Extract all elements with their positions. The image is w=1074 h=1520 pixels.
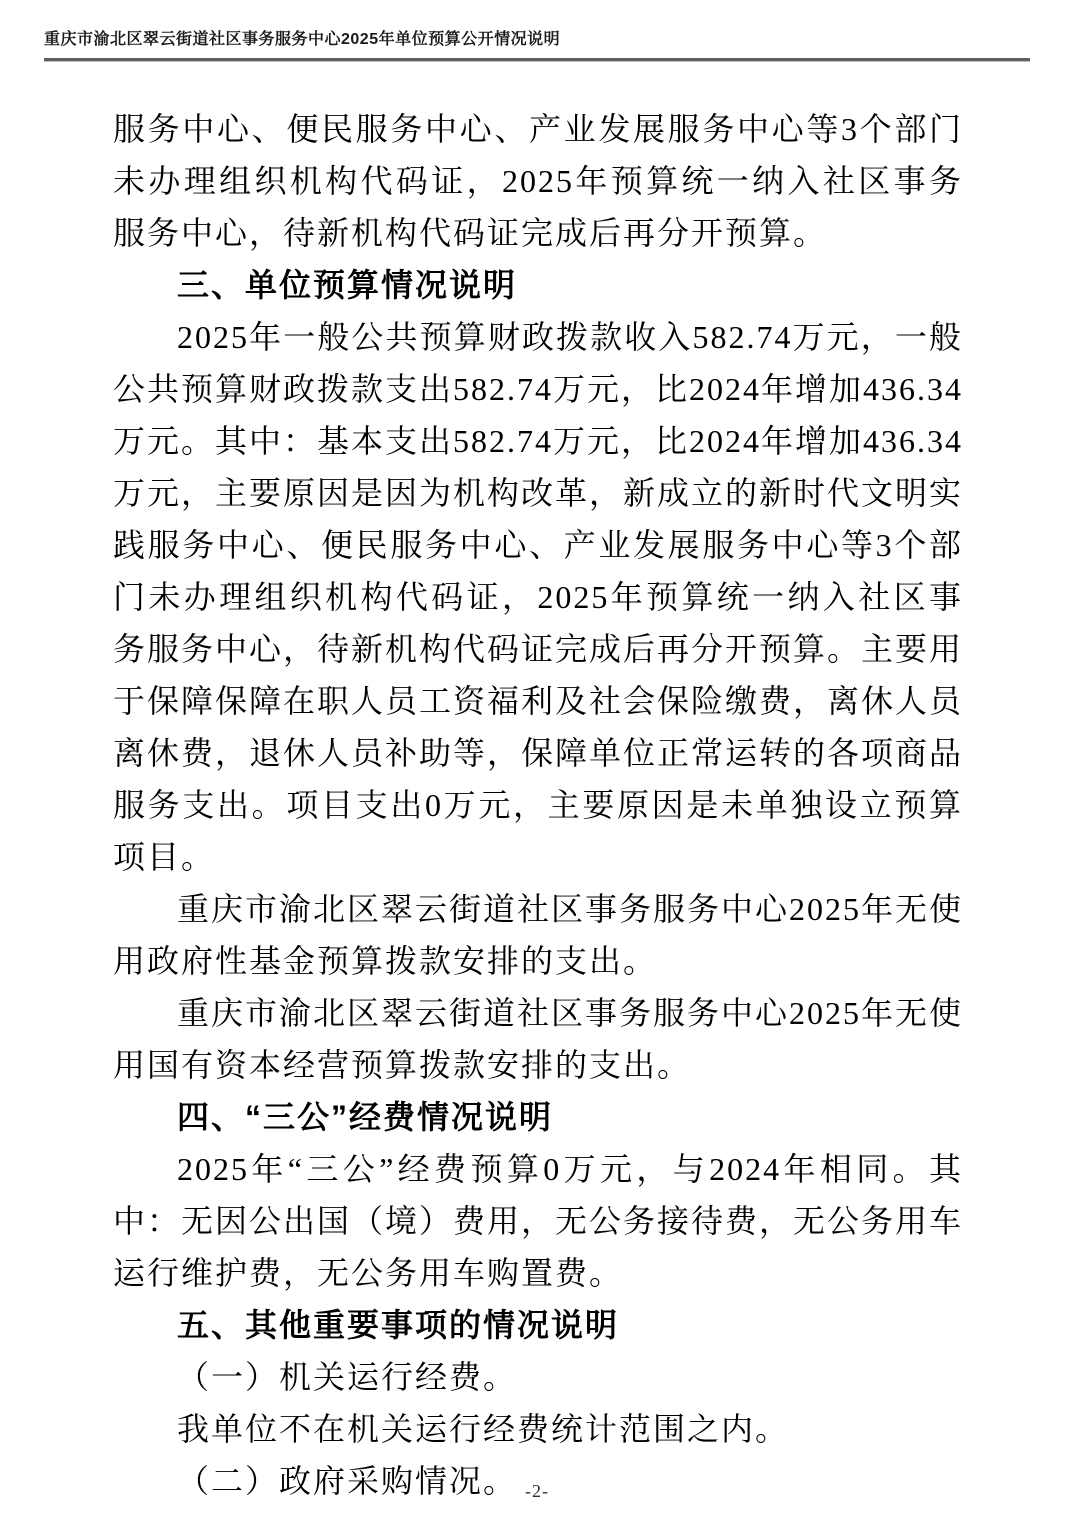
- page-footer: -2-: [0, 1481, 1074, 1502]
- paragraph-state-capital: 重庆市渝北区翠云街道社区事务服务中心2025年无使用国有资本经营预算拨款安排的支…: [113, 987, 963, 1091]
- paragraph-budget-details: 2025年一般公共预算财政拨款收入582.74万元，一般公共预算财政拨款支出58…: [113, 311, 963, 883]
- document-body: 服务中心、便民服务中心、产业发展服务中心等3个部门未办理组织机构代码证，2025…: [113, 103, 963, 1507]
- section-heading-three-public-expenses: 四、“三公”经费情况说明: [113, 1091, 963, 1143]
- section-heading-other-important-matters: 五、其他重要事项的情况说明: [113, 1299, 963, 1351]
- paragraph-government-fund: 重庆市渝北区翠云街道社区事务服务中心2025年无使用政府性基金预算拨款安排的支出…: [113, 883, 963, 987]
- document-page: 重庆市渝北区翠云街道社区事务服务中心2025年单位预算公开情况说明 服务中心、便…: [0, 0, 1074, 1520]
- header-title: 重庆市渝北区翠云街道社区事务服务中心2025年单位预算公开情况说明: [44, 26, 1030, 49]
- page-number: -2-: [525, 1481, 549, 1501]
- paragraph-operating-expenses-note: 我单位不在机关运行经费统计范围之内。: [113, 1403, 963, 1455]
- page-header: 重庆市渝北区翠云街道社区事务服务中心2025年单位预算公开情况说明: [44, 26, 1030, 61]
- section-heading-unit-budget: 三、单位预算情况说明: [113, 259, 963, 311]
- paragraph-three-public-expenses: 2025年“三公”经费预算0万元，与2024年相同。其中：无因公出国（境）费用，…: [113, 1143, 963, 1299]
- paragraph-item-1-operating-expenses: （一）机关运行经费。: [113, 1351, 963, 1403]
- paragraph-continued-from-previous-page: 服务中心、便民服务中心、产业发展服务中心等3个部门未办理组织机构代码证，2025…: [113, 103, 963, 259]
